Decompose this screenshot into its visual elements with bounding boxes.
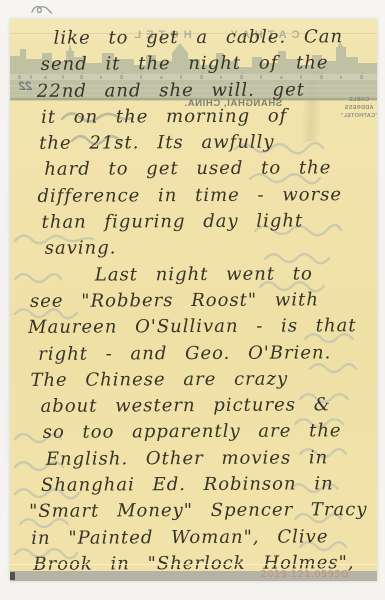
- handwriting-line: like to get a cable. Can: [27, 24, 368, 52]
- handwriting-line: Shanghai Ed. Robinson in: [29, 471, 370, 499]
- letter-body: like to get a cable. Can send it the nig…: [27, 24, 371, 578]
- handwriting-line: right - and Geo. O'Brien.: [28, 340, 369, 368]
- pencil-mark: [29, 2, 55, 18]
- handwriting-line: The Chinese are crazy: [28, 366, 369, 394]
- letter-page: CATHAY HOTEL 22 SHANGHAI, CHINA. CABLE A…: [10, 19, 377, 581]
- handwriting-line: Maureen O'Sullivan - is that: [28, 313, 369, 341]
- handwriting-line: saving.: [28, 234, 369, 262]
- handwriting-line: Last night went to: [28, 261, 369, 289]
- handwriting-line: send it the night of the: [27, 50, 368, 78]
- handwriting-line: 22nd and she will. get: [27, 77, 368, 105]
- handwriting-line: "Smart Money" Spencer Tracy: [29, 497, 370, 525]
- handwriting-line: difference in time - worse: [27, 182, 368, 210]
- handwriting-line: about western pictures &: [28, 392, 369, 420]
- handwriting-line: the 21st. Its awfully: [27, 129, 368, 157]
- handwriting-line: English. Other movies in: [29, 445, 370, 473]
- handwriting-line: than figuring day light: [28, 208, 369, 236]
- handwriting-line: see "Robbers Roost" with: [28, 287, 369, 315]
- catalog-number: 2019.121.0595G: [261, 569, 349, 581]
- scan-background: CATHAY HOTEL 22 SHANGHAI, CHINA. CABLE A…: [0, 0, 385, 600]
- handwriting-line: hard to get used to the: [27, 156, 368, 184]
- handwriting-line: in "Painted Woman", Clive: [29, 524, 370, 552]
- handwriting-line: it on the morning of: [27, 103, 368, 131]
- handwriting-line: so too apparently are the: [29, 419, 370, 447]
